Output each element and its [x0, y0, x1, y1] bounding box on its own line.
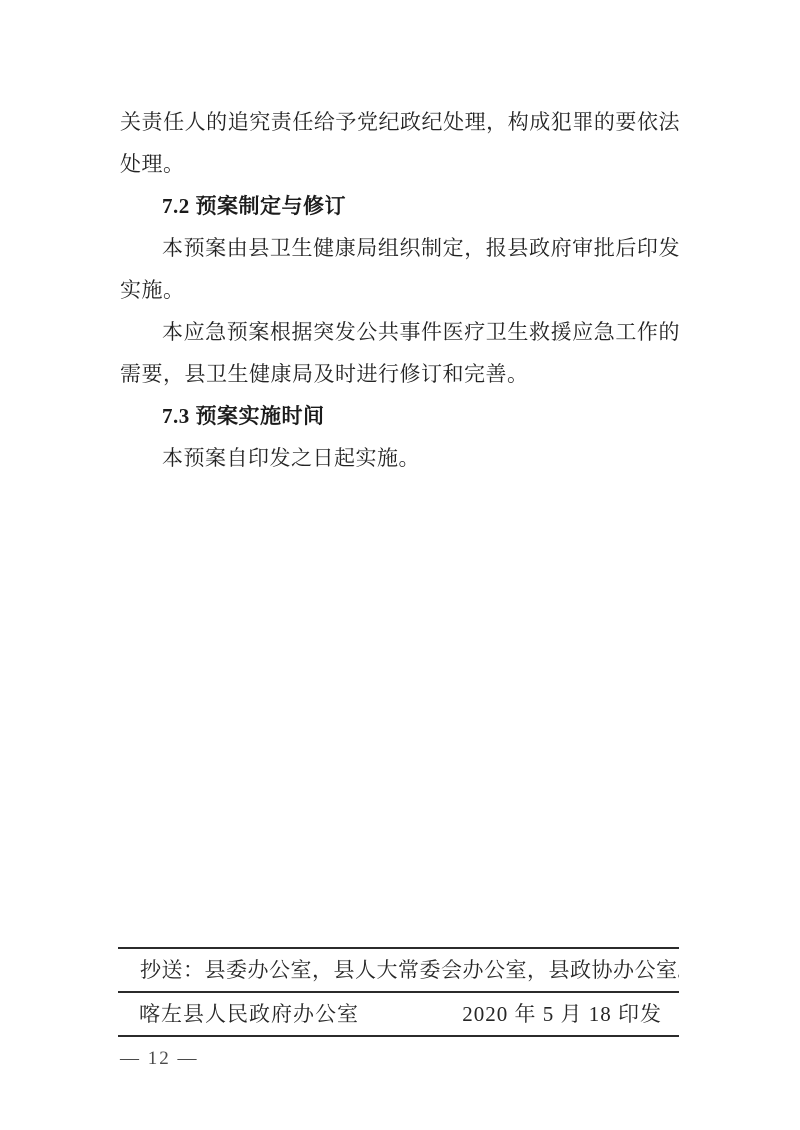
continuation-paragraph: 关责任人的追究责任给予党纪政纪处理，构成犯罪的要依法处理。 — [120, 101, 680, 185]
section-7-2-paragraph-1: 本预案由县卫生健康局组织制定，报县政府审批后印发实施。 — [120, 227, 680, 311]
document-footer: 抄送：县委办公室，县人大常委会办公室，县政协办公室。 喀左县人民政府办公室 20… — [118, 947, 679, 1037]
page-number: — 12 — — [120, 1048, 199, 1070]
issuing-office: 喀左县人民政府办公室 — [139, 993, 359, 1035]
footer-bottom-rule — [118, 1035, 679, 1037]
cc-line: 抄送：县委办公室，县人大常委会办公室，县政协办公室。 — [118, 949, 679, 991]
section-heading-7-3: 7.3 预案实施时间 — [120, 395, 680, 437]
section-7-2-paragraph-2: 本应急预案根据突发公共事件医疗卫生救援应急工作的需要，县卫生健康局及时进行修订和… — [120, 311, 680, 395]
document-page: 关责任人的追究责任给予党纪政纪处理，构成犯罪的要依法处理。 7.2 预案制定与修… — [0, 0, 800, 1130]
issuer-row: 喀左县人民政府办公室 2020 年 5 月 18 印发 — [118, 993, 679, 1035]
section-7-3-paragraph-1: 本预案自印发之日起实施。 — [120, 437, 680, 479]
section-heading-7-2: 7.2 预案制定与修订 — [120, 185, 680, 227]
print-date: 2020 年 5 月 18 印发 — [462, 993, 662, 1035]
document-body: 关责任人的追究责任给予党纪政纪处理，构成犯罪的要依法处理。 7.2 预案制定与修… — [120, 101, 680, 479]
